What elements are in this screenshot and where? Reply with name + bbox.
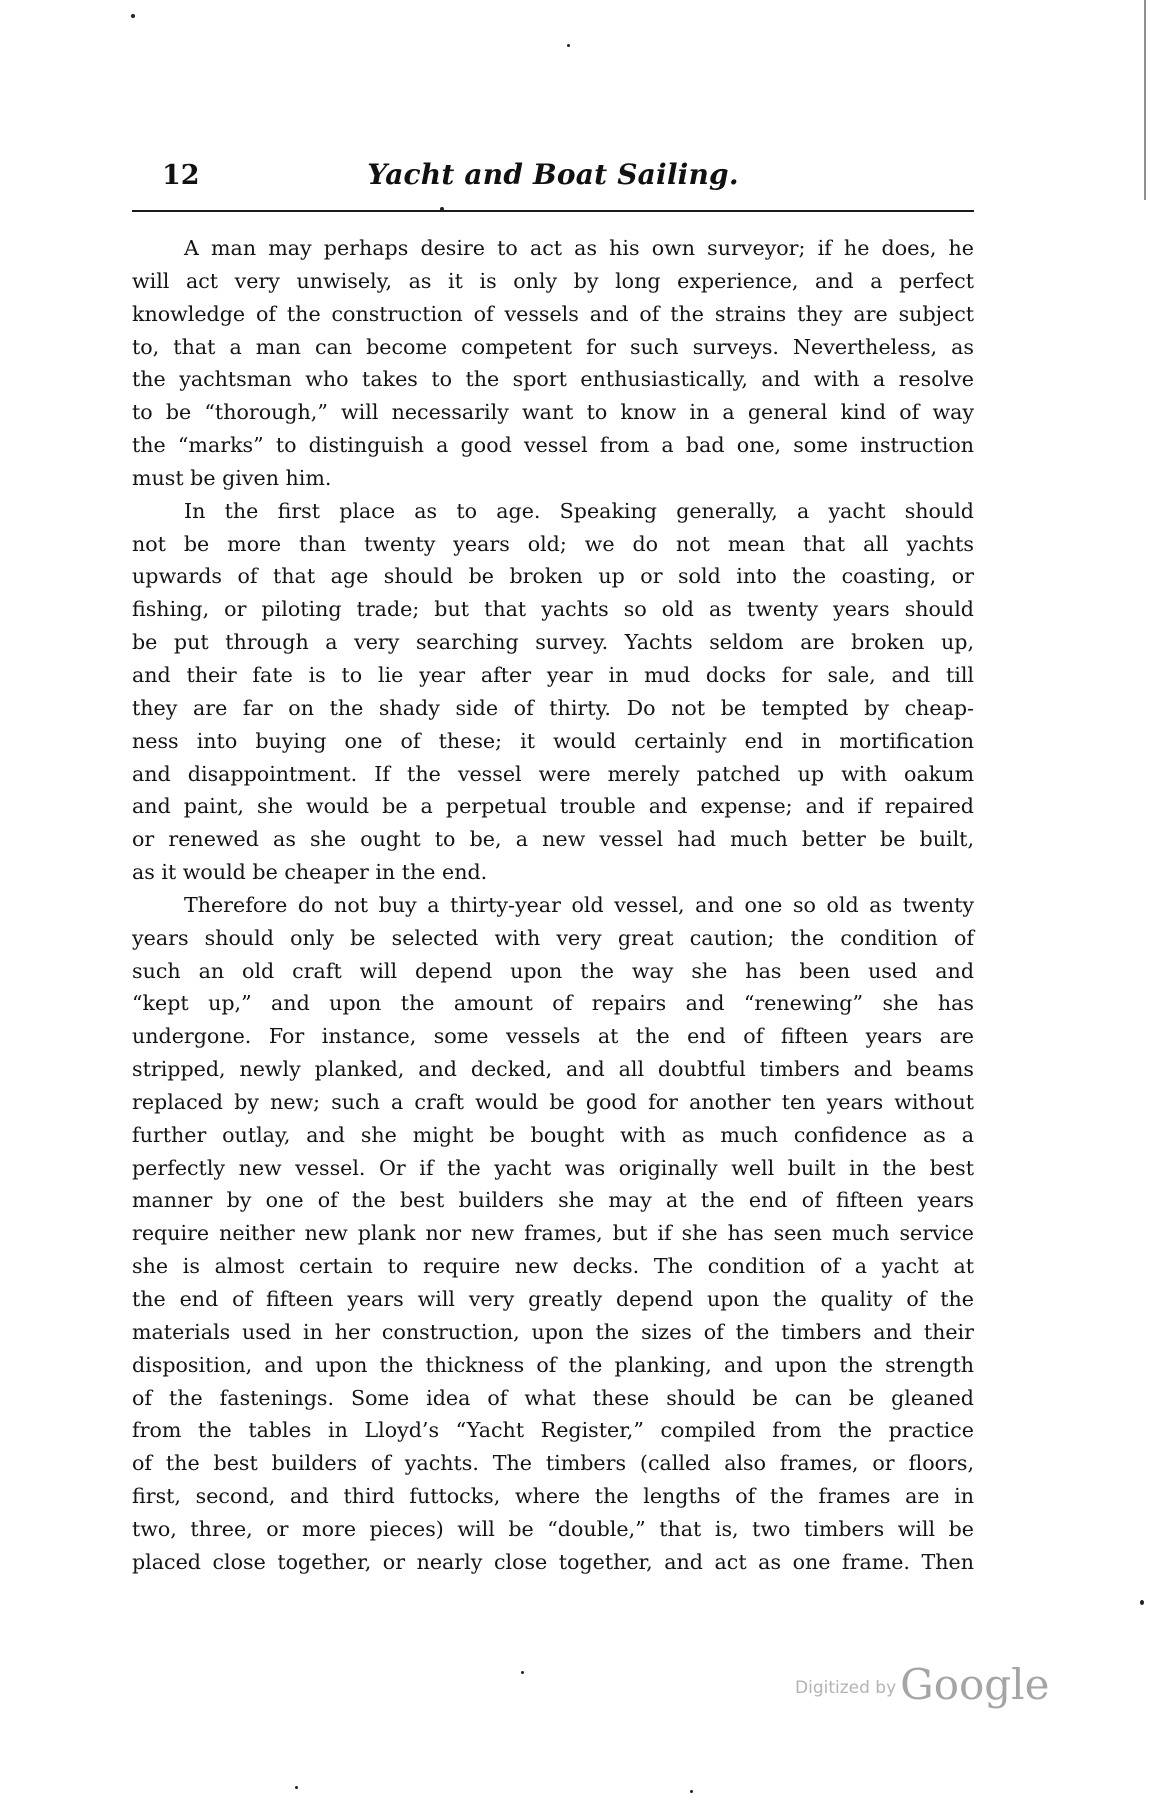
text-line: A man may perhaps desire to act as his o…: [132, 232, 974, 265]
text-line: require neither new plank nor new frames…: [132, 1217, 974, 1250]
text-line: undergone. For instance, some vessels at…: [132, 1020, 974, 1053]
text-line: must be given him.: [132, 462, 974, 495]
text-line: to, that a man can become competent for …: [132, 331, 974, 364]
text-line: be put through a very searching survey. …: [132, 626, 974, 659]
text-line: will act very unwisely, as it is only by…: [132, 265, 974, 298]
text-line: placed close together, or nearly close t…: [132, 1546, 974, 1579]
text-line: and their fate is to lie year after year…: [132, 659, 974, 692]
google-logo-text: Google: [900, 1660, 1049, 1709]
text-line: not be more than twenty years old; we do…: [132, 528, 974, 561]
watermark-prefix: Digitized by: [795, 1678, 896, 1698]
paragraph: In the first place as to age. Speaking g…: [132, 495, 974, 889]
digitized-by-google-watermark: Digitized byGoogle: [795, 1660, 1049, 1709]
paragraph: A man may perhaps desire to act as his o…: [132, 232, 974, 495]
page-header: 12 Yacht and Boat Sailing.: [132, 160, 974, 200]
text-line: stripped, newly planked, and decked, and…: [132, 1053, 974, 1086]
text-line: “kept up,” and upon the amount of repair…: [132, 987, 974, 1020]
text-line: they are far on the shady side of thirty…: [132, 692, 974, 725]
scan-speck: [1140, 1600, 1144, 1605]
text-line: replaced by new; such a craft would be g…: [132, 1086, 974, 1119]
text-line: such an old craft will depend upon the w…: [132, 955, 974, 988]
scan-speck: [521, 1671, 524, 1674]
text-line: or renewed as she ought to be, a new ves…: [132, 823, 974, 856]
header-rule: [132, 210, 974, 212]
text-line: the end of fifteen years will very great…: [132, 1283, 974, 1316]
text-line: fishing, or piloting trade; but that yac…: [132, 593, 974, 626]
text-line: Therefore do not buy a thirty-year old v…: [132, 889, 974, 922]
text-line: materials used in her construction, upon…: [132, 1316, 974, 1349]
text-line: years should only be selected with very …: [132, 922, 974, 955]
text-line: first, second, and third futtocks, where…: [132, 1480, 974, 1513]
text-line: as it would be cheaper in the end.: [132, 856, 974, 889]
body-text: A man may perhaps desire to act as his o…: [132, 232, 974, 1579]
text-line: the “marks” to distinguish a good vessel…: [132, 429, 974, 462]
text-line: two, three, or more pieces) will be “dou…: [132, 1513, 974, 1546]
text-line: of the fastenings. Some idea of what the…: [132, 1382, 974, 1415]
text-line: to be “thorough,” will necessarily want …: [132, 396, 974, 429]
scan-speck: [567, 44, 570, 47]
text-line: manner by one of the best builders she m…: [132, 1184, 974, 1217]
scan-speck: [295, 1786, 298, 1789]
text-line: perfectly new vessel. Or if the yacht wa…: [132, 1152, 974, 1185]
book-page: 12 Yacht and Boat Sailing. A man may per…: [0, 0, 1153, 1800]
running-title: Yacht and Boat Sailing.: [132, 158, 974, 191]
text-line: In the first place as to age. Speaking g…: [132, 495, 974, 528]
scan-speck: [690, 1790, 693, 1793]
scan-speck: [131, 14, 135, 18]
text-line: the yachtsman who takes to the sport ent…: [132, 363, 974, 396]
text-line: and disappointment. If the vessel were m…: [132, 758, 974, 791]
text-line: upwards of that age should be broken up …: [132, 560, 974, 593]
text-line: ness into buying one of these; it would …: [132, 725, 974, 758]
paragraph: Therefore do not buy a thirty-year old v…: [132, 889, 974, 1579]
text-line: disposition, and upon the thickness of t…: [132, 1349, 974, 1382]
text-line: knowledge of the construction of vessels…: [132, 298, 974, 331]
scan-edge-line: [1144, 0, 1146, 200]
text-line: of the best builders of yachts. The timb…: [132, 1447, 974, 1480]
text-line: from the tables in Lloyd’s “Yacht Regist…: [132, 1414, 974, 1447]
text-line: she is almost certain to require new dec…: [132, 1250, 974, 1283]
text-line: further outlay, and she might be bought …: [132, 1119, 974, 1152]
text-line: and paint, she would be a perpetual trou…: [132, 790, 974, 823]
